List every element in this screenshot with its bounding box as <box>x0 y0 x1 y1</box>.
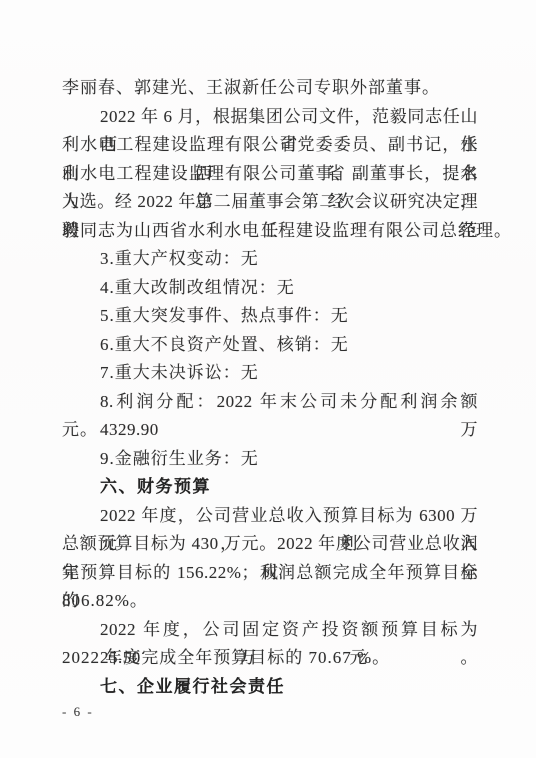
paragraph-budget-line-1: 2022 年度，公司营业总收入预算目标为 6300 万元，利润 <box>62 502 478 531</box>
paragraph-appointment-line-2: 利水电工程建设监理有限公司党委委员、副书记，任山西省水 <box>62 131 478 160</box>
list-item-3-property-change: 3.重大产权变动：无 <box>62 245 478 274</box>
paragraph-tail-directors: 李丽春、郭建光、王淑新任公司专职外部董事。 <box>62 74 478 103</box>
paragraph-appointment-line-4: 人选。经 2022 年第二届董事会第二次会议研究决定，聘任范 <box>62 188 478 217</box>
list-item-5-emergencies: 5.重大突发事件、热点事件：无 <box>62 302 478 331</box>
section-heading-social-responsibility: 七、企业履行社会责任 <box>62 673 478 702</box>
section-heading-finance-budget: 六、财务预算 <box>62 473 478 502</box>
list-item-8-profit-distribution: 8.利润分配：2022 年末公司未分配利润余额 4329.90 万 <box>62 388 478 417</box>
list-item-4-restructuring: 4.重大改制改组情况：无 <box>62 274 478 303</box>
paragraph-budget-line-4: 806.82%。 <box>62 587 478 616</box>
paragraph-appointment-line-5: 毅同志为山西省水利水电工程建设监理有限公司总经理。 <box>62 217 478 246</box>
page-number: - 6 - <box>62 704 94 720</box>
list-item-9-derivatives: 9.金融衍生业务：无 <box>62 445 478 474</box>
paragraph-budget-line-2: 总额预算目标为 430 万元。2022 年度公司营业总收入完成全 <box>62 530 478 559</box>
paragraph-appointment-line-1: 2022 年 6 月，根据集团公司文件，范毅同志任山西省水 <box>62 103 478 132</box>
paragraph-appointment-line-3: 利水电工程建设监理有限公司董事、副董事长，提名为总经理 <box>62 160 478 189</box>
document-body: 李丽春、郭建光、王淑新任公司专职外部董事。 2022 年 6 月，根据集团公司文… <box>62 74 478 701</box>
scanned-document-page: 李丽春、郭建光、王淑新任公司专职外部董事。 2022 年 6 月，根据集团公司文… <box>0 0 536 758</box>
paragraph-budget-line-3: 年预算目标的 156.22%；利润总额完成全年预算目标的 <box>62 559 478 588</box>
list-item-6-bad-assets: 6.重大不良资产处置、核销：无 <box>62 331 478 360</box>
list-item-7-litigation: 7.重大未决诉讼：无 <box>62 359 478 388</box>
paragraph-investment-line-1: 2022 年度，公司固定资产投资额预算目标为 25.50 万元。 <box>62 616 478 645</box>
